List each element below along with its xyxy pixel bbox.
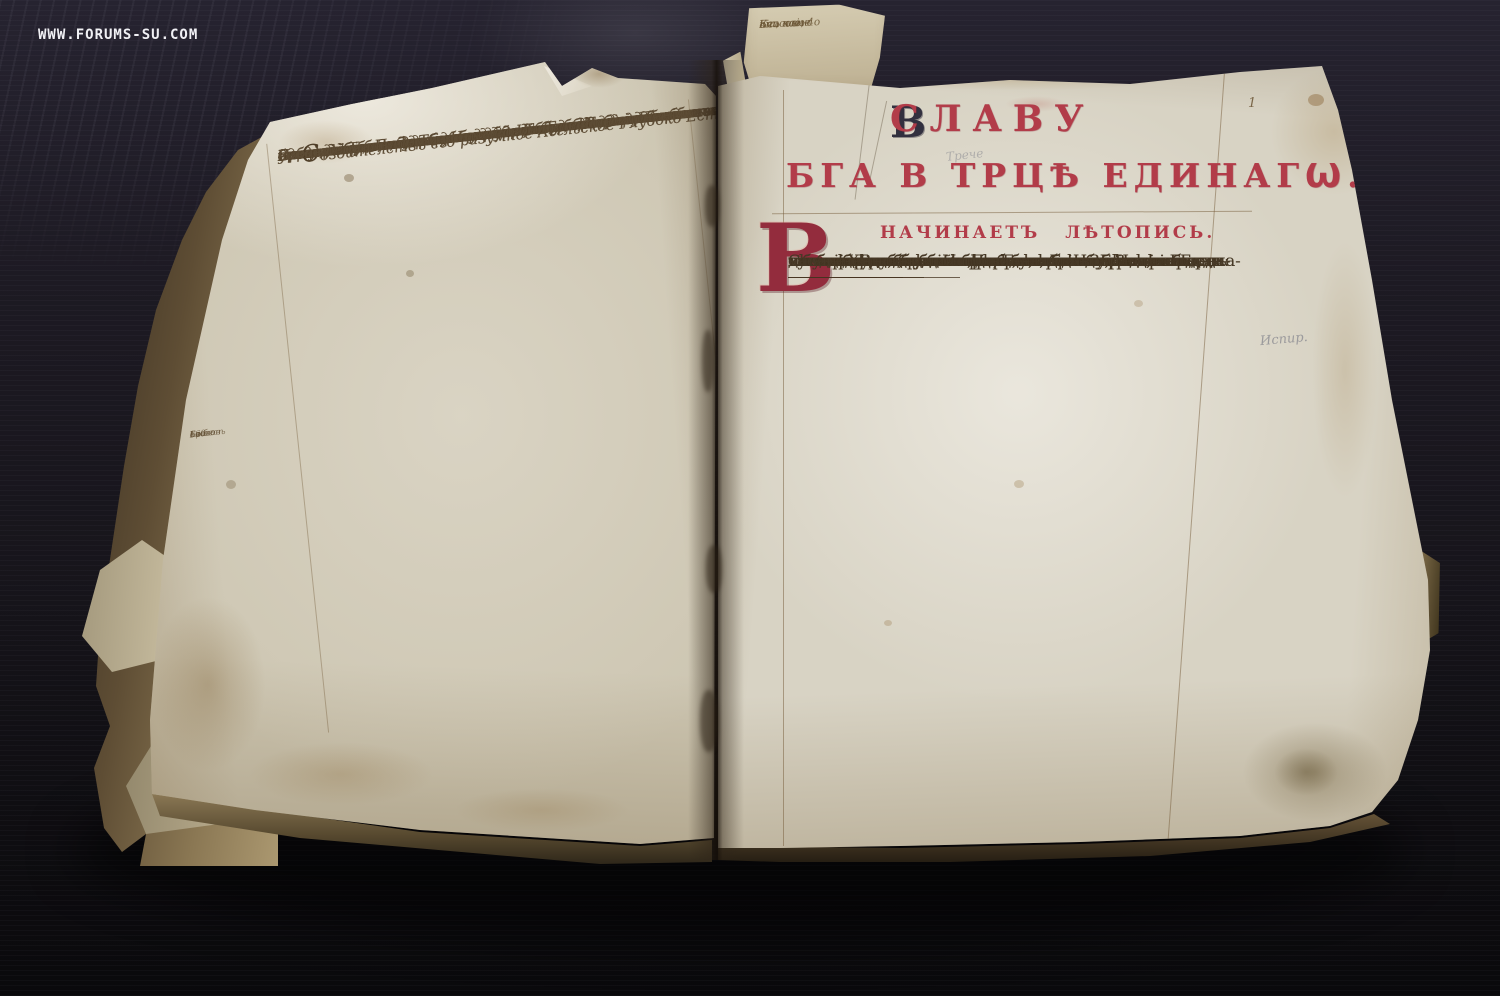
pencil-margin-note: Испир. <box>1259 330 1308 349</box>
stain <box>248 742 434 806</box>
photo-stage: Кгъ чліжаписовнечіа, асе, 4оБсо кам созд… <box>0 0 1500 996</box>
gutter-crack <box>705 185 719 227</box>
folio-number: 1 <box>1248 96 1256 111</box>
stain <box>454 788 630 832</box>
heading-line-1-text: СЛАВУ <box>890 98 1094 140</box>
bookmark-tab-note: Кгъ чліжаписовнечіа, асе, 4оБсо кам <box>759 11 881 16</box>
foxing-spot <box>1308 94 1324 106</box>
stain <box>150 596 266 772</box>
right-page: 1 ВСЛАВУ БГА В ТРЦѢ ЕДИНАГѠ. НАЧИНАЕТЪ Л… <box>714 60 1438 852</box>
stain <box>1312 240 1378 500</box>
heading-line-3: НАЧИНАЕТЪ ЛѢТОПИСЬ. <box>880 223 1215 243</box>
gutter-crack <box>700 690 718 752</box>
ruled-line-under-heading <box>772 211 1252 215</box>
gutter-crack <box>706 545 722 593</box>
foxing-spot <box>1134 300 1143 307</box>
gutter-crack <box>702 330 714 392</box>
left-margin-notes: Гри.Бгсловна бесѣслово160 <box>189 423 255 430</box>
stain <box>1274 748 1338 796</box>
foxing-spot <box>226 480 236 489</box>
watermark-text: WWW.FORUMS-SU.COM <box>38 27 198 43</box>
heading-line-2: БГА В ТРЦѢ ЕДИНАГѠ. <box>786 156 1365 195</box>
foxing-spot <box>1014 480 1024 488</box>
foxing-spot <box>884 620 892 626</box>
left-page-text: созда въ та нѣнныя нося ради вины, тѣмь … <box>266 99 751 732</box>
